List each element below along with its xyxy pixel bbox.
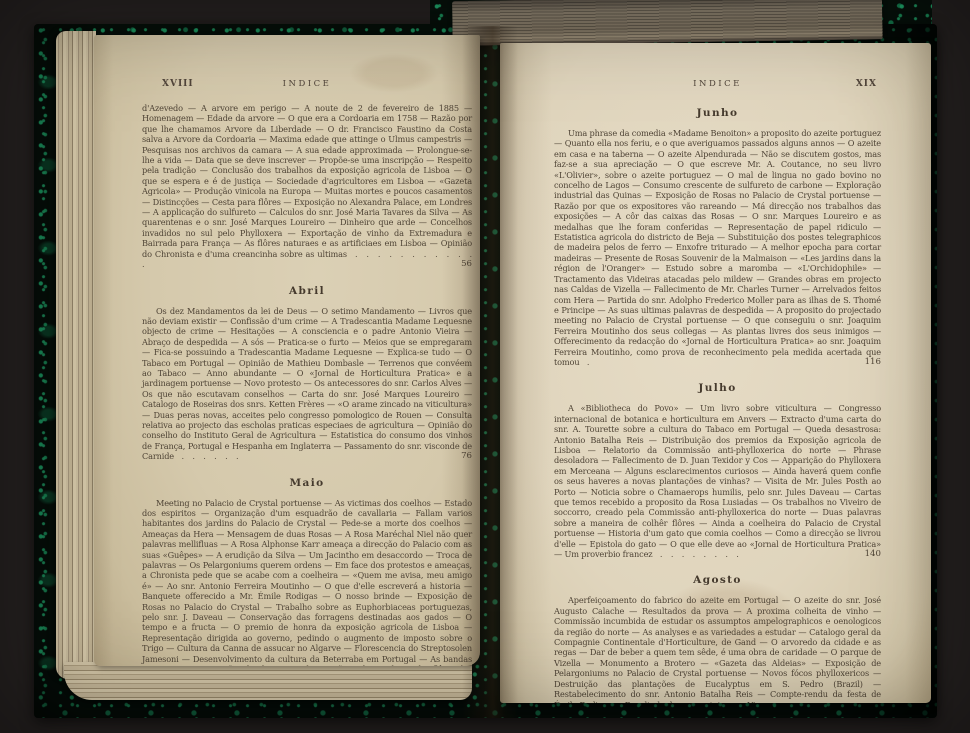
right-running-title: INDICE bbox=[554, 79, 881, 89]
book-photo-scene: XVIII INDICE d'Azevedo — A arvore em per… bbox=[0, 0, 970, 733]
right-page-header: INDICE XIX bbox=[554, 79, 881, 92]
section-heading-maio: Maio bbox=[142, 477, 472, 489]
index-section-text: Uma phrase da comedia «Madame Benoiton» … bbox=[554, 128, 881, 367]
right-page-content: INDICE XIX Junho Uma phrase da comedia «… bbox=[500, 43, 931, 703]
index-section-text: A «Bibliotheca do Povo» — Um livro sobre… bbox=[554, 403, 881, 559]
index-section-text: d'Azevedo — A arvore em perigo — A noute… bbox=[142, 103, 472, 270]
page-stack-top-edge bbox=[452, 0, 883, 46]
section-body-text: A «Bibliotheca do Povo» — Um livro sobre… bbox=[554, 403, 881, 559]
index-section-text: Meeting no Palacio de Crystal portuense … bbox=[142, 498, 472, 666]
left-running-title: INDICE bbox=[142, 79, 472, 89]
section-body-text: Aperfeiçoamento do fabrico do azeite em … bbox=[554, 595, 881, 703]
index-section: Agosto Aperfeiçoamento do fabrico do aze… bbox=[554, 574, 881, 703]
index-section-text: Os dez Mandamentos da lei de Deus — O se… bbox=[142, 306, 472, 462]
page-edges-left bbox=[56, 31, 96, 679]
section-body-text: Os dez Mandamentos da lei de Deus — O se… bbox=[142, 306, 472, 462]
section-body-text: Uma phrase da comedia «Madame Benoiton» … bbox=[554, 128, 881, 367]
section-heading-abril: Abril bbox=[142, 285, 472, 297]
page-reference: 140 bbox=[847, 549, 881, 559]
section-heading-julho: Julho bbox=[554, 382, 881, 394]
page-reference: 116 bbox=[847, 357, 881, 367]
right-page-number: XIX bbox=[856, 79, 877, 89]
section-body-text: Meeting no Palacio de Crystal portuense … bbox=[142, 498, 472, 666]
index-section: Abril Os dez Mandamentos da lei de Deus … bbox=[142, 285, 472, 462]
section-heading-agosto: Agosto bbox=[554, 574, 881, 586]
index-section-text: Aperfeiçoamento do fabrico do azeite em … bbox=[554, 595, 881, 703]
section-body-text: d'Azevedo — A arvore em perigo — A noute… bbox=[142, 103, 472, 259]
section-heading-junho: Junho bbox=[554, 107, 881, 119]
page-reference: 56 bbox=[457, 259, 472, 269]
left-page-content: XVIII INDICE d'Azevedo — A arvore em per… bbox=[94, 35, 480, 666]
index-section: d'Azevedo — A arvore em perigo — A noute… bbox=[142, 103, 472, 270]
page-reference: 76 bbox=[443, 451, 472, 461]
leader-dots: . . . . . . bbox=[181, 451, 238, 461]
index-section: Junho Uma phrase da comedia «Madame Beno… bbox=[554, 107, 881, 367]
leader-dots: . bbox=[587, 357, 589, 367]
left-page: XVIII INDICE d'Azevedo — A arvore em per… bbox=[94, 35, 480, 666]
right-page: INDICE XIX Junho Uma phrase da comedia «… bbox=[500, 43, 931, 703]
index-section: Maio Meeting no Palacio de Crystal portu… bbox=[142, 477, 472, 666]
leader-dots: . . . . . . . . bbox=[660, 549, 739, 559]
index-section: Julho A «Bibliotheca do Povo» — Um livro… bbox=[554, 382, 881, 559]
page-edges-bottom bbox=[64, 662, 472, 700]
left-page-header: XVIII INDICE bbox=[142, 79, 472, 92]
